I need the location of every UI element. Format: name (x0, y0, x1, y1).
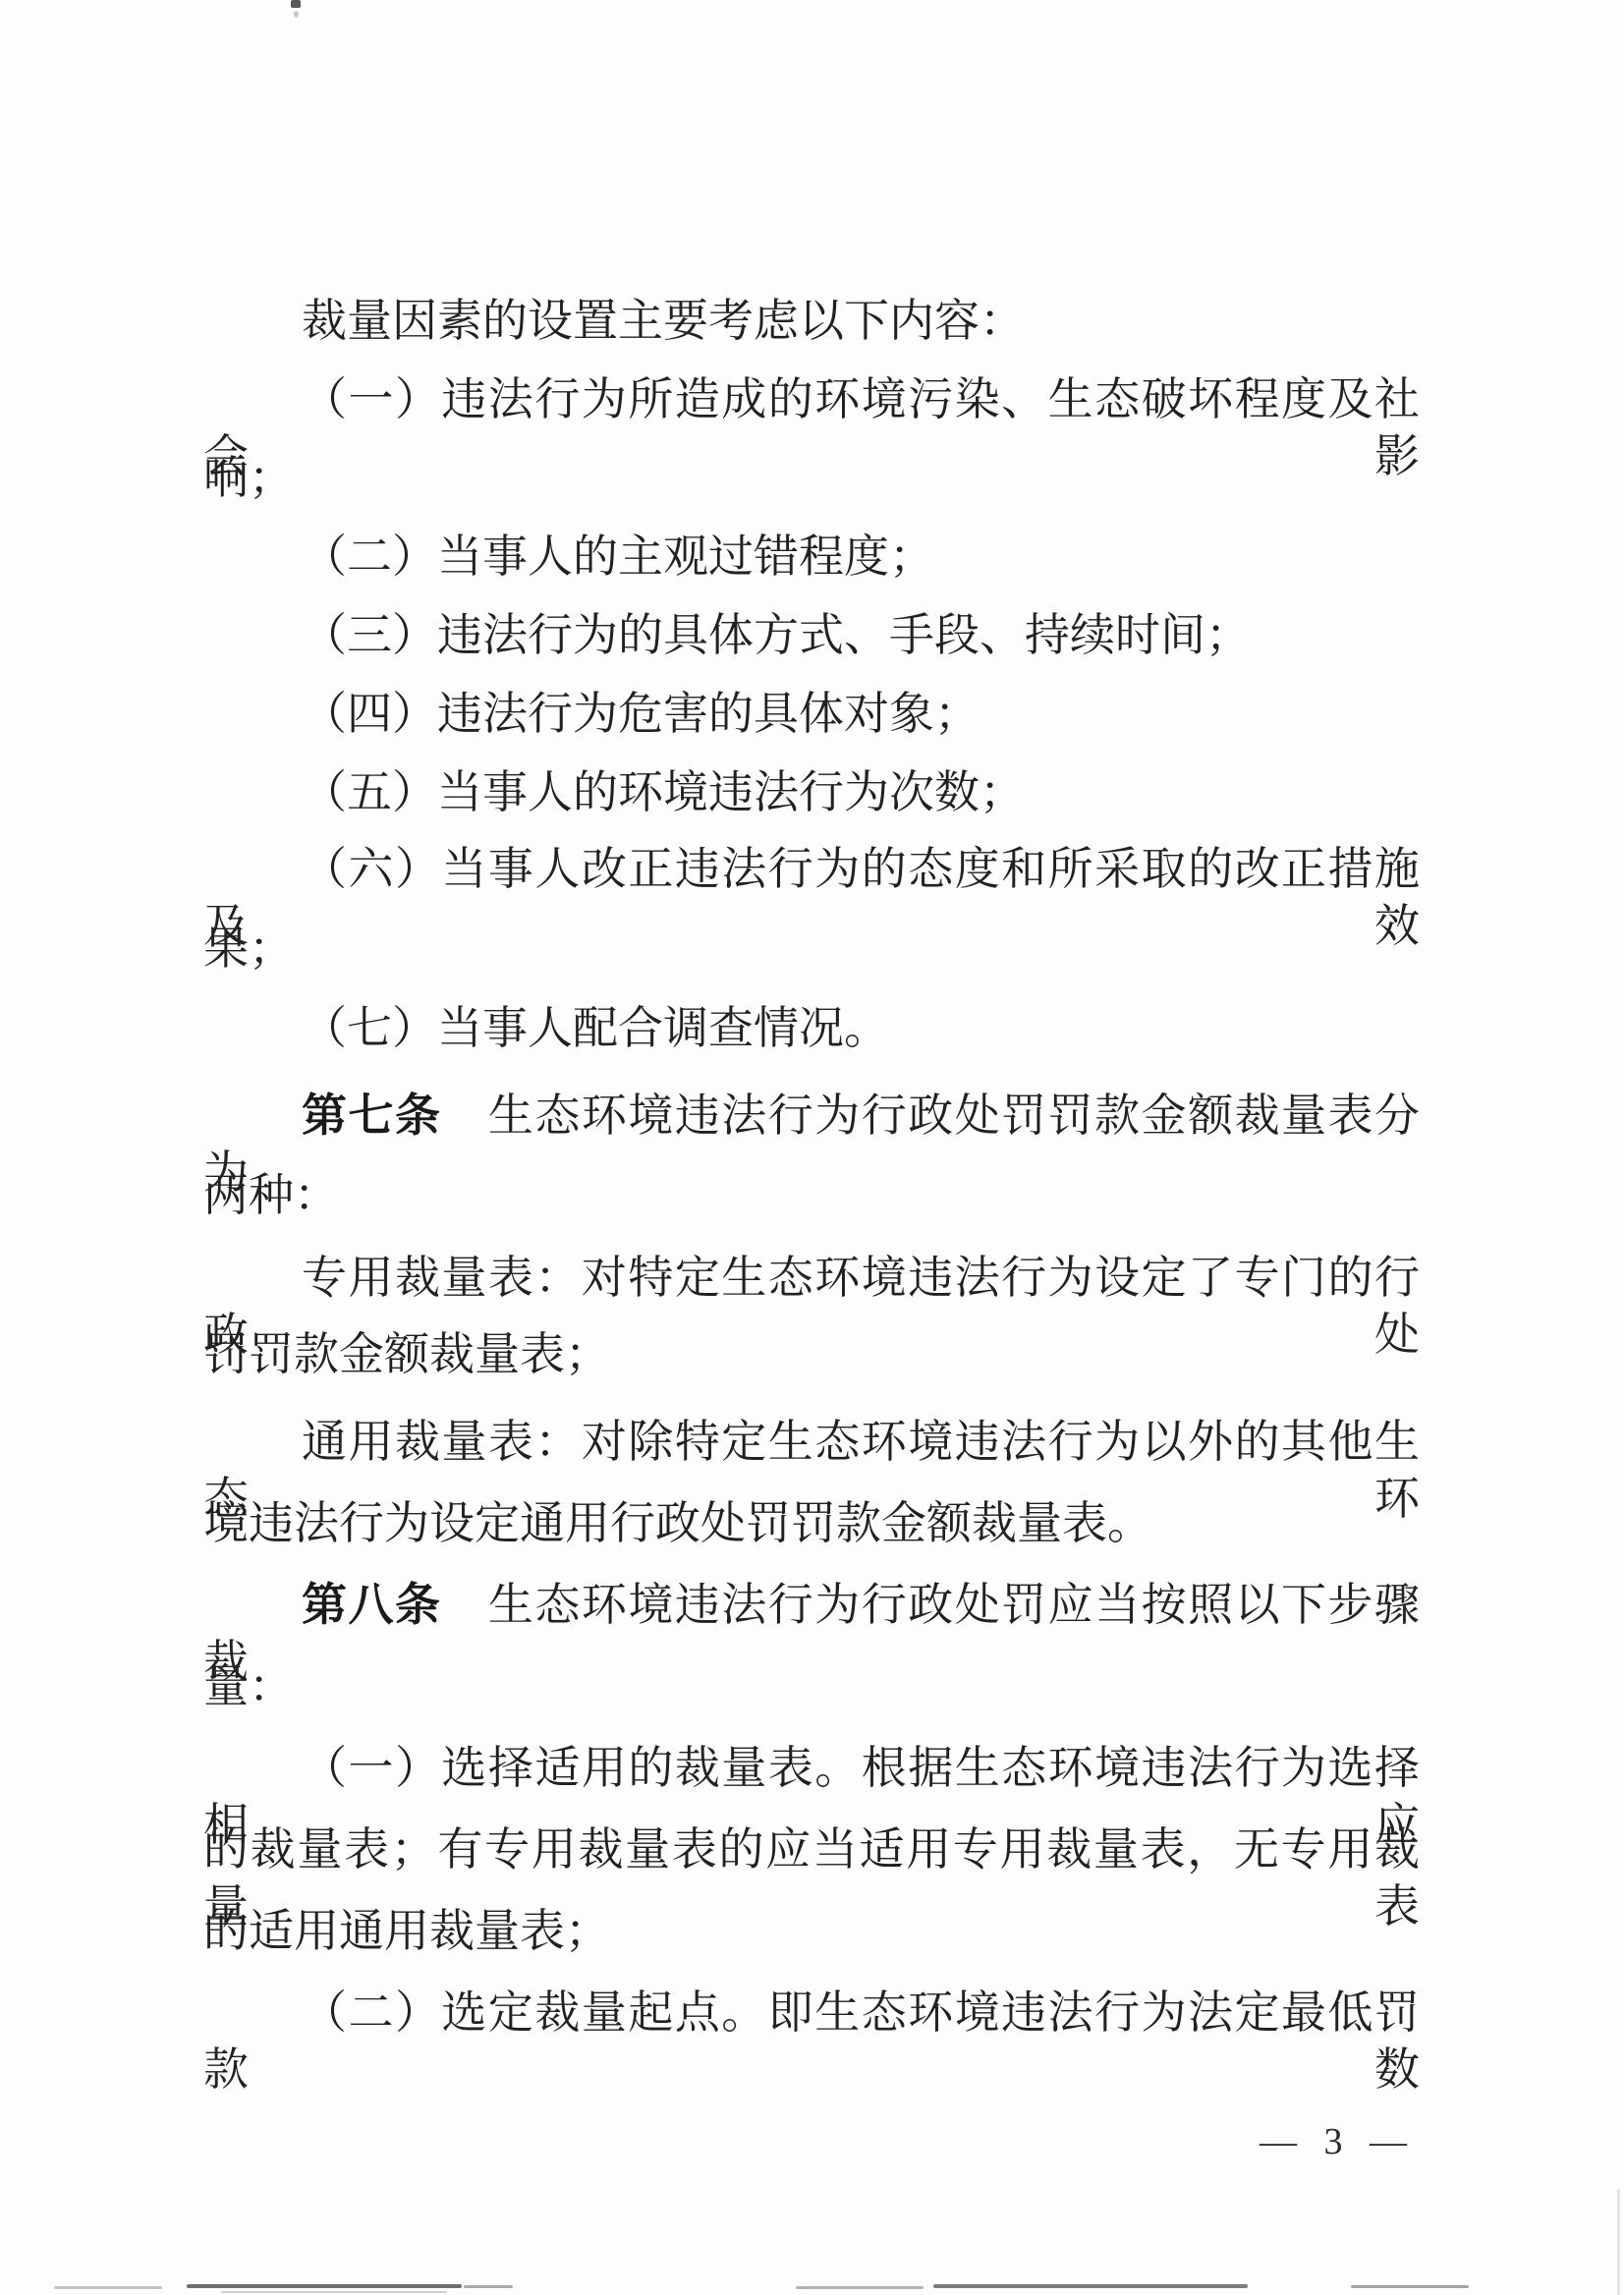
item-2-line: （二）当事人的主观过错程度； (203, 529, 1420, 586)
document-page: 裁量因素的设置主要考虑以下内容： （一）违法行为所造成的环境污染、生态破坏程度及… (0, 0, 1624, 2295)
step-2-line: （二）选定裁量起点。即生态环境违法行为法定最低罚款数 (203, 1985, 1420, 2099)
item-4-line: （四）违法行为危害的具体对象； (203, 686, 1420, 743)
scan-speck-faint (294, 11, 299, 18)
item-7-line: （七）当事人配合调查情况。 (203, 1000, 1420, 1057)
intro-line: 裁量因素的设置主要考虑以下内容： (203, 293, 1420, 350)
article-7-line-2: 两种： (203, 1167, 1420, 1224)
item-6-line-2: 果； (203, 921, 1420, 978)
step-1-line-3: 的适用通用裁量表； (203, 1903, 1420, 1960)
scan-streak (796, 2286, 924, 2289)
scan-streak (1351, 2285, 1469, 2288)
article-7-label: 第七条 (302, 1091, 441, 1141)
item-3-line: （三）违法行为的具体方式、手段、持续时间； (203, 607, 1420, 664)
article-8-line-2: 量： (203, 1658, 1420, 1715)
scan-streak (221, 2291, 447, 2293)
page-number: — 3 — (1260, 2120, 1427, 2163)
general-table-line-2: 境违法行为设定通用行政处罚罚款金额裁量表。 (203, 1495, 1420, 1552)
item-5-line: （五）当事人的环境违法行为次数； (203, 764, 1420, 821)
article-8-label: 第八条 (302, 1580, 441, 1630)
scan-streak (54, 2286, 162, 2289)
special-table-line-2: 罚罚款金额裁量表； (203, 1326, 1420, 1383)
scan-streak (187, 2284, 462, 2288)
scan-streak (933, 2284, 1248, 2288)
scan-streak (464, 2285, 513, 2288)
scan-speck (291, 0, 301, 8)
page-edge-line (1617, 2189, 1620, 2295)
item-1-line-2: 响； (203, 450, 1420, 507)
